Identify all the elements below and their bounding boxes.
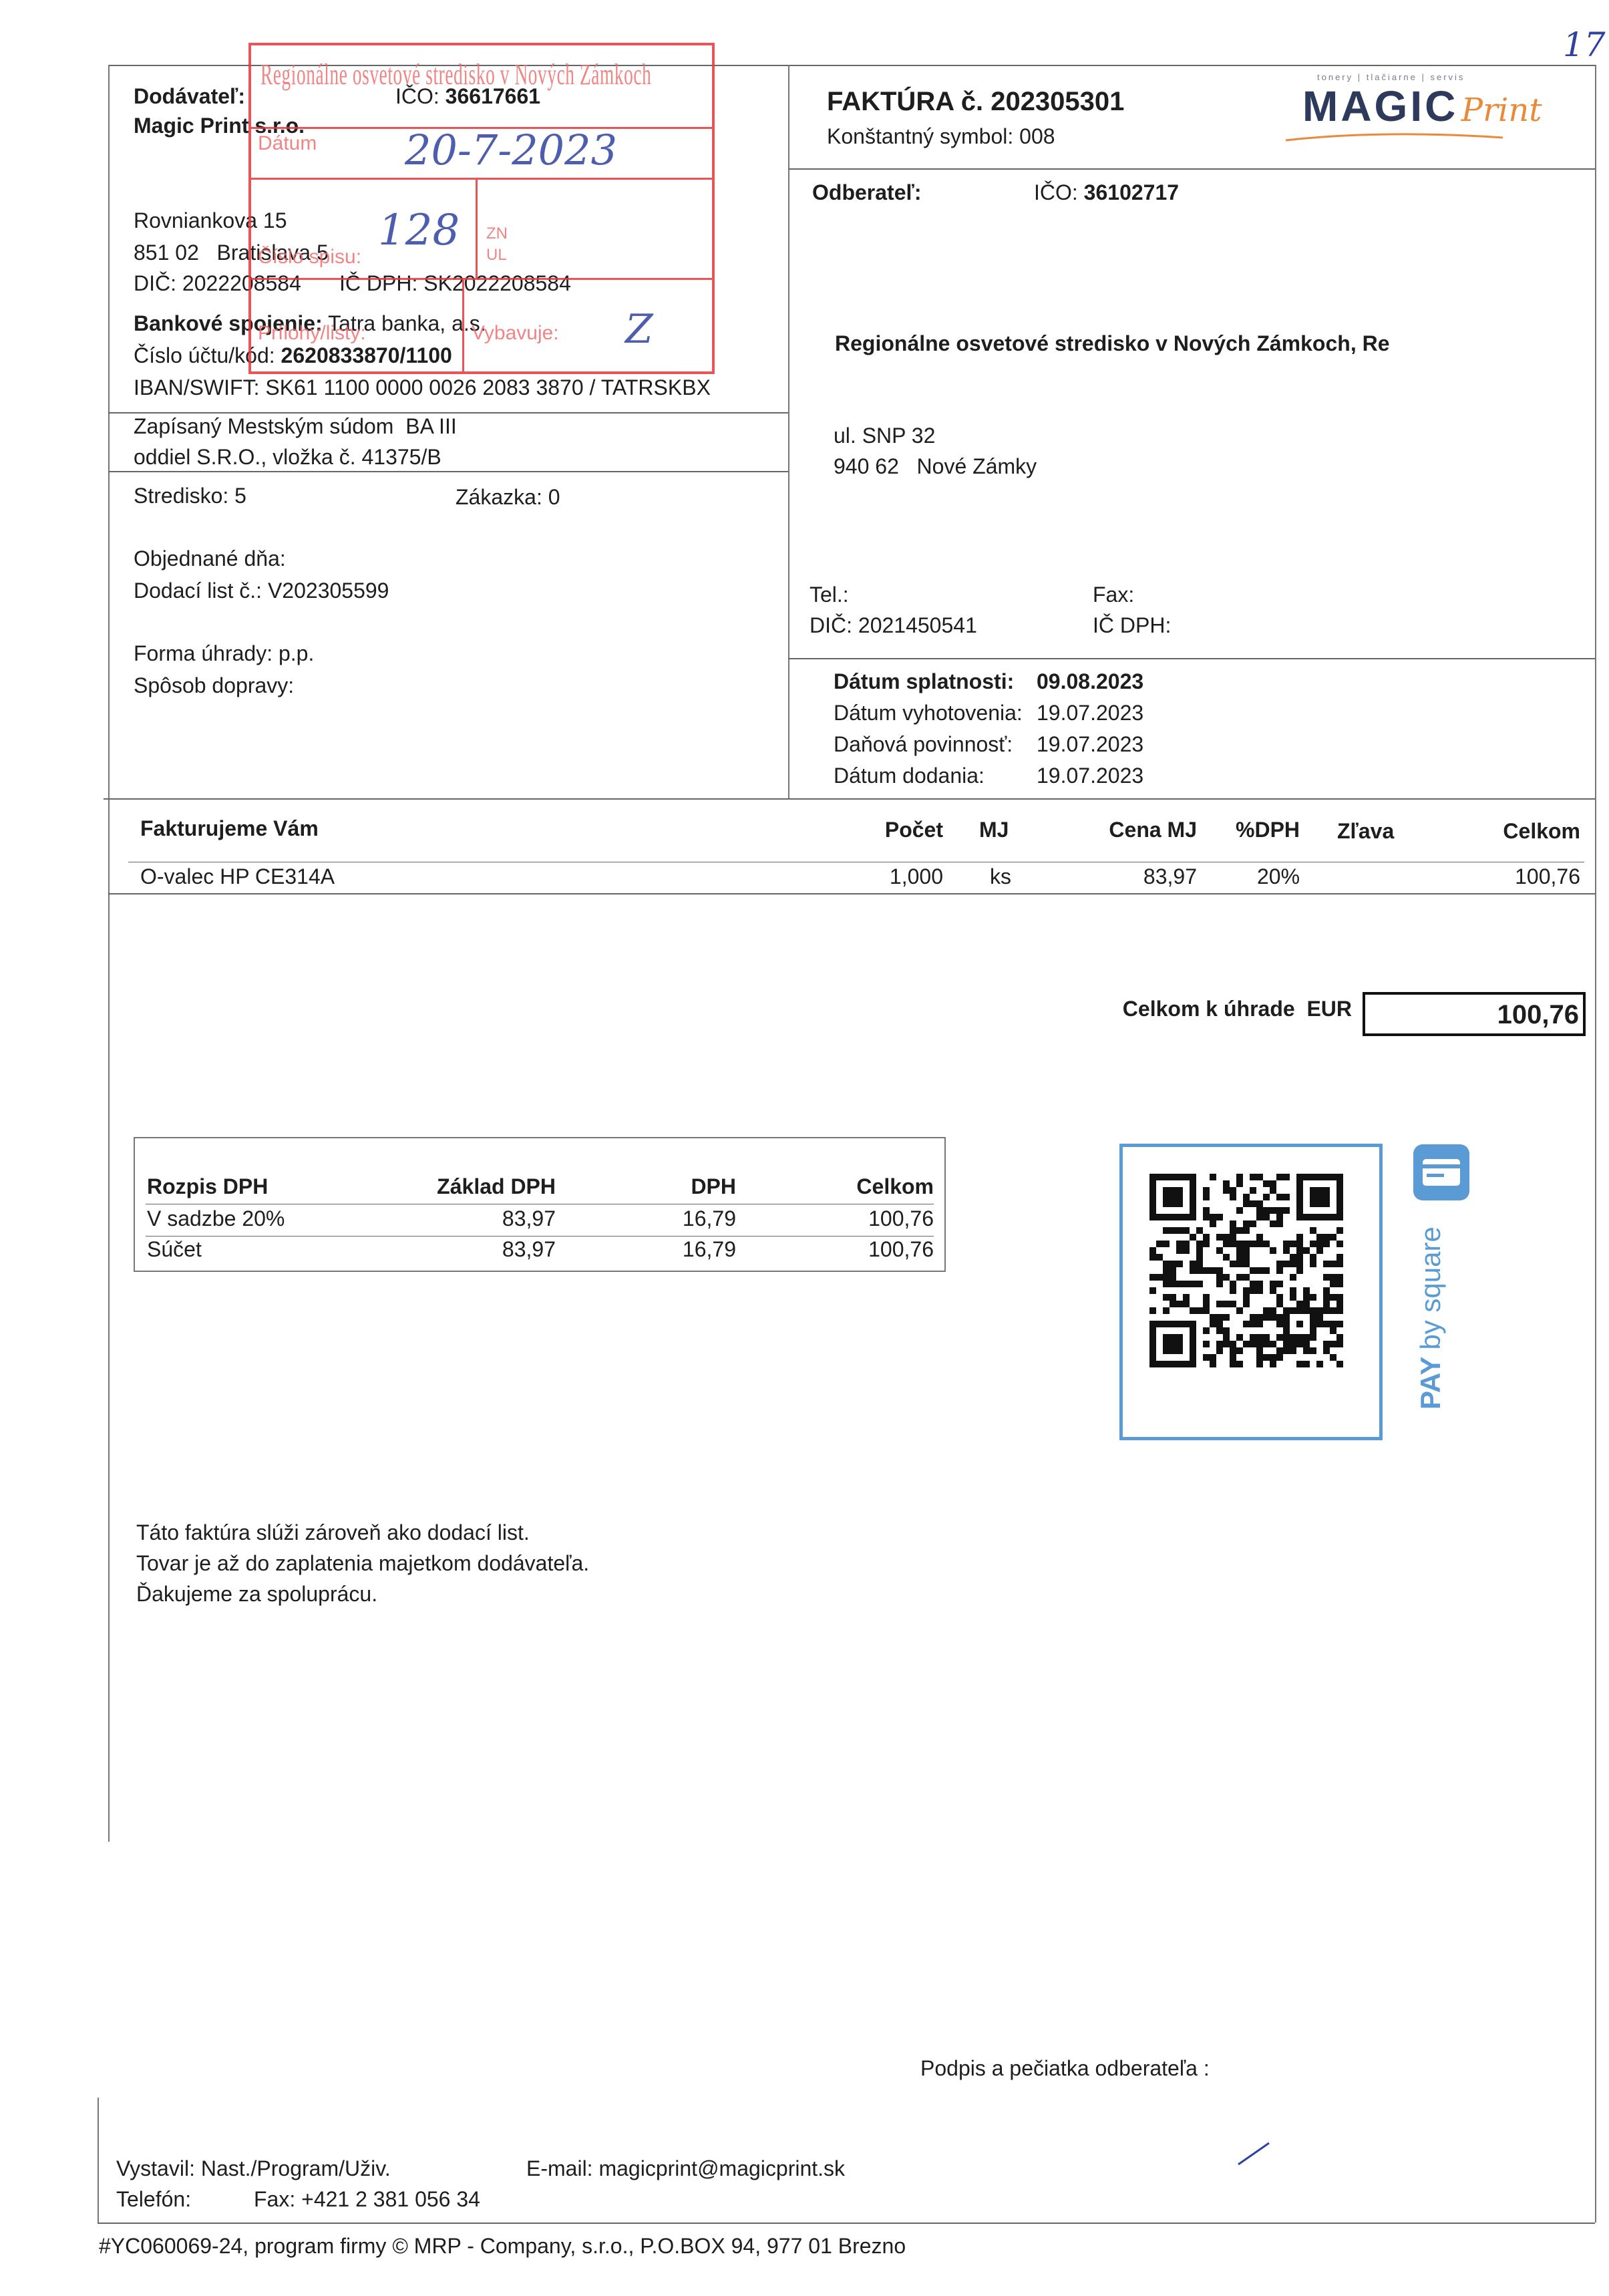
frame-left bbox=[108, 65, 110, 1842]
zakazka: Zákazka: 0 bbox=[456, 486, 560, 508]
customer-city: 940 62 Nové Zámky bbox=[834, 456, 1037, 477]
stamp-datum-label: Dátum bbox=[258, 132, 317, 155]
pay-label: PAY bbox=[1415, 1357, 1446, 1410]
invoice-divider bbox=[788, 168, 1595, 170]
vat-header-divider bbox=[146, 1204, 934, 1204]
footer-telefon: Telefón: bbox=[116, 2188, 191, 2210]
signature-label: Podpis a pečiatka odberateľa : bbox=[920, 2058, 1210, 2079]
logo-print: Print bbox=[1461, 92, 1542, 129]
item-unit: ks bbox=[990, 866, 1011, 887]
items-bottom-divider bbox=[108, 893, 1595, 894]
vat-row-cell: 16,79 bbox=[536, 1208, 736, 1229]
logo-tagline: tonery | tlačiarne | servis bbox=[1317, 72, 1465, 82]
frame-divider-middle bbox=[788, 65, 789, 798]
date-value: 09.08.2023 bbox=[1037, 671, 1143, 692]
stredisko: Stredisko: 5 bbox=[134, 485, 246, 506]
date-value: 19.07.2023 bbox=[1037, 702, 1143, 723]
vat-row-cell: 83,97 bbox=[355, 1208, 556, 1229]
item-unit-price: 83,97 bbox=[1069, 866, 1197, 887]
supplier-label: Dodávateľ: bbox=[134, 86, 245, 107]
col-vat-header: %DPH bbox=[1236, 819, 1300, 840]
items-header-divider bbox=[128, 862, 1584, 862]
registry-line-2: oddiel S.R.O., vložka č. 41375/B bbox=[134, 446, 441, 468]
customer-dic: DIČ: 2021450541 bbox=[810, 615, 977, 636]
footer-fax: Fax: +421 2 381 056 34 bbox=[254, 2188, 480, 2210]
date-value: 19.07.2023 bbox=[1037, 765, 1143, 786]
customer-tel: Tel.: bbox=[810, 584, 849, 605]
pay-by-square-label: PAYby square bbox=[1415, 1226, 1447, 1410]
vat-row-divider bbox=[146, 1236, 934, 1237]
note-line: Ďakujeme za spoluprácu. bbox=[136, 1583, 377, 1605]
stamp-cislo-spisu-label: Číslo spisu: bbox=[258, 246, 361, 269]
col-desc-header: Fakturujeme Vám bbox=[140, 818, 319, 839]
vat-summary-table: Rozpis DPHZáklad DPHDPHCelkomV sadzbe 20… bbox=[134, 1137, 946, 1272]
table-row: O-valec HP CE314A1,000ks83,9720%100,76 bbox=[0, 866, 1609, 892]
payment-card-icon bbox=[1413, 1144, 1469, 1200]
header-bottom-divider bbox=[104, 798, 1595, 800]
stamp-cislo-spisu-value: 128 bbox=[378, 206, 460, 255]
date-label: Daňová povinnosť: bbox=[834, 733, 1013, 755]
vat-row-cell: 100,76 bbox=[733, 1208, 934, 1229]
vat-row-cell: 100,76 bbox=[733, 1239, 934, 1260]
note-line: Táto faktúra slúži zároveň ako dodací li… bbox=[136, 1522, 530, 1543]
vat-row-cell: 16,79 bbox=[536, 1239, 736, 1260]
footer-email: E-mail: magicprint@magicprint.sk bbox=[526, 2158, 845, 2179]
footer-vystavil: Vystavil: Nast./Program/Uživ. bbox=[116, 2158, 391, 2179]
konstantny-symbol: Konštantný symbol: 008 bbox=[827, 126, 1055, 147]
vat-row-cell: V sadzbe 20% bbox=[147, 1208, 285, 1229]
customer-ico-value: 36102717 bbox=[1084, 180, 1179, 204]
date-label: Dátum vyhotovenia: bbox=[834, 702, 1023, 723]
qr-code-icon bbox=[1149, 1174, 1350, 1408]
pay-by-square-qr bbox=[1119, 1144, 1383, 1440]
note-line: Tovar je až do zaplatenia majetkom dodáv… bbox=[136, 1552, 589, 1574]
total-due-value: 100,76 bbox=[1497, 1000, 1579, 1030]
stamp-ul-label: UL bbox=[486, 246, 507, 265]
customer-ic-dph: IČ DPH: bbox=[1093, 615, 1171, 636]
total-due-label: Celkom k úhrade EUR bbox=[1042, 998, 1352, 1019]
objednane-dna: Objednané dňa: bbox=[134, 548, 286, 569]
total-due-box: 100,76 bbox=[1363, 992, 1586, 1036]
supplier-divider-2 bbox=[108, 471, 788, 472]
col-total-header: Celkom bbox=[1436, 820, 1580, 842]
customer-street: ul. SNP 32 bbox=[834, 425, 935, 446]
registry-stamp: Regionálne osvetové stredisko v Nových Z… bbox=[248, 43, 715, 374]
dodaci-list: Dodací list č.: V202305599 bbox=[134, 580, 389, 601]
stamp-datum-value: 20-7-2023 bbox=[405, 126, 617, 174]
customer-name: Regionálne osvetové stredisko v Nových Z… bbox=[835, 333, 1390, 354]
vat-row-cell: Súčet bbox=[147, 1239, 202, 1260]
customer-label: Odberateľ: bbox=[812, 182, 921, 203]
vat-header-cell: Základ DPH bbox=[355, 1176, 556, 1197]
date-label: Dátum dodania: bbox=[834, 765, 985, 786]
signature-mark-icon bbox=[1237, 2140, 1277, 2167]
registry-line-1: Zapísaný Mestským súdom BA III bbox=[134, 416, 457, 437]
date-value: 19.07.2023 bbox=[1037, 733, 1143, 755]
item-qty: 1,000 bbox=[868, 866, 943, 887]
forma-uhrady: Forma úhrady: p.p. bbox=[134, 643, 314, 664]
logo-magic: MAGIC bbox=[1302, 82, 1458, 130]
supplier-divider-1 bbox=[108, 412, 788, 414]
footer-program: #YC060069-24, program firmy © MRP - Comp… bbox=[99, 2235, 906, 2257]
stamp-vybavuje-value: Z bbox=[625, 306, 653, 353]
vat-header-cell: Rozpis DPH bbox=[147, 1176, 268, 1197]
vat-header-cell: DPH bbox=[536, 1176, 736, 1197]
col-unit-price-header: Cena MJ bbox=[1069, 819, 1197, 840]
footer-left-line bbox=[98, 2098, 99, 2223]
stamp-header: Regionálne osvetové stredisko v Nových Z… bbox=[260, 57, 651, 92]
footer-divider bbox=[98, 2223, 1595, 2224]
supplier-iban: IBAN/SWIFT: SK61 1100 0000 0026 2083 387… bbox=[134, 377, 711, 398]
col-unit-header: MJ bbox=[979, 819, 1009, 840]
date-label: Dátum splatnosti: bbox=[834, 671, 1014, 692]
item-desc: O-valec HP CE314A bbox=[140, 866, 335, 887]
item-total: 100,76 bbox=[1436, 866, 1580, 887]
stamp-prilohy-label: Prílohy/listy: bbox=[258, 322, 366, 345]
customer-ico-label: IČO: bbox=[1034, 180, 1078, 204]
invoice-title: FAKTÚRA č. 202305301 bbox=[827, 87, 1124, 117]
stamp-vybavuje-label: Vybavuje: bbox=[472, 322, 559, 345]
vat-header-cell: Celkom bbox=[733, 1176, 934, 1197]
vat-row-cell: 83,97 bbox=[355, 1239, 556, 1260]
col-discount-header: Zľava bbox=[1337, 820, 1394, 842]
handwritten-page-number: 17 bbox=[1563, 25, 1606, 64]
sposob-dopravy: Spôsob dopravy: bbox=[134, 675, 294, 696]
customer-fax: Fax: bbox=[1093, 584, 1134, 605]
by-square-label: by square bbox=[1415, 1226, 1446, 1349]
stamp-zn-label: ZN bbox=[486, 224, 508, 243]
item-vat: 20% bbox=[1257, 866, 1300, 887]
dates-divider bbox=[788, 658, 1595, 659]
customer-ico: IČO: 36102717 bbox=[1034, 182, 1179, 203]
logo-swoosh-icon bbox=[1282, 126, 1536, 146]
col-qty-header: Počet bbox=[868, 819, 943, 840]
frame-right bbox=[1595, 65, 1596, 2223]
